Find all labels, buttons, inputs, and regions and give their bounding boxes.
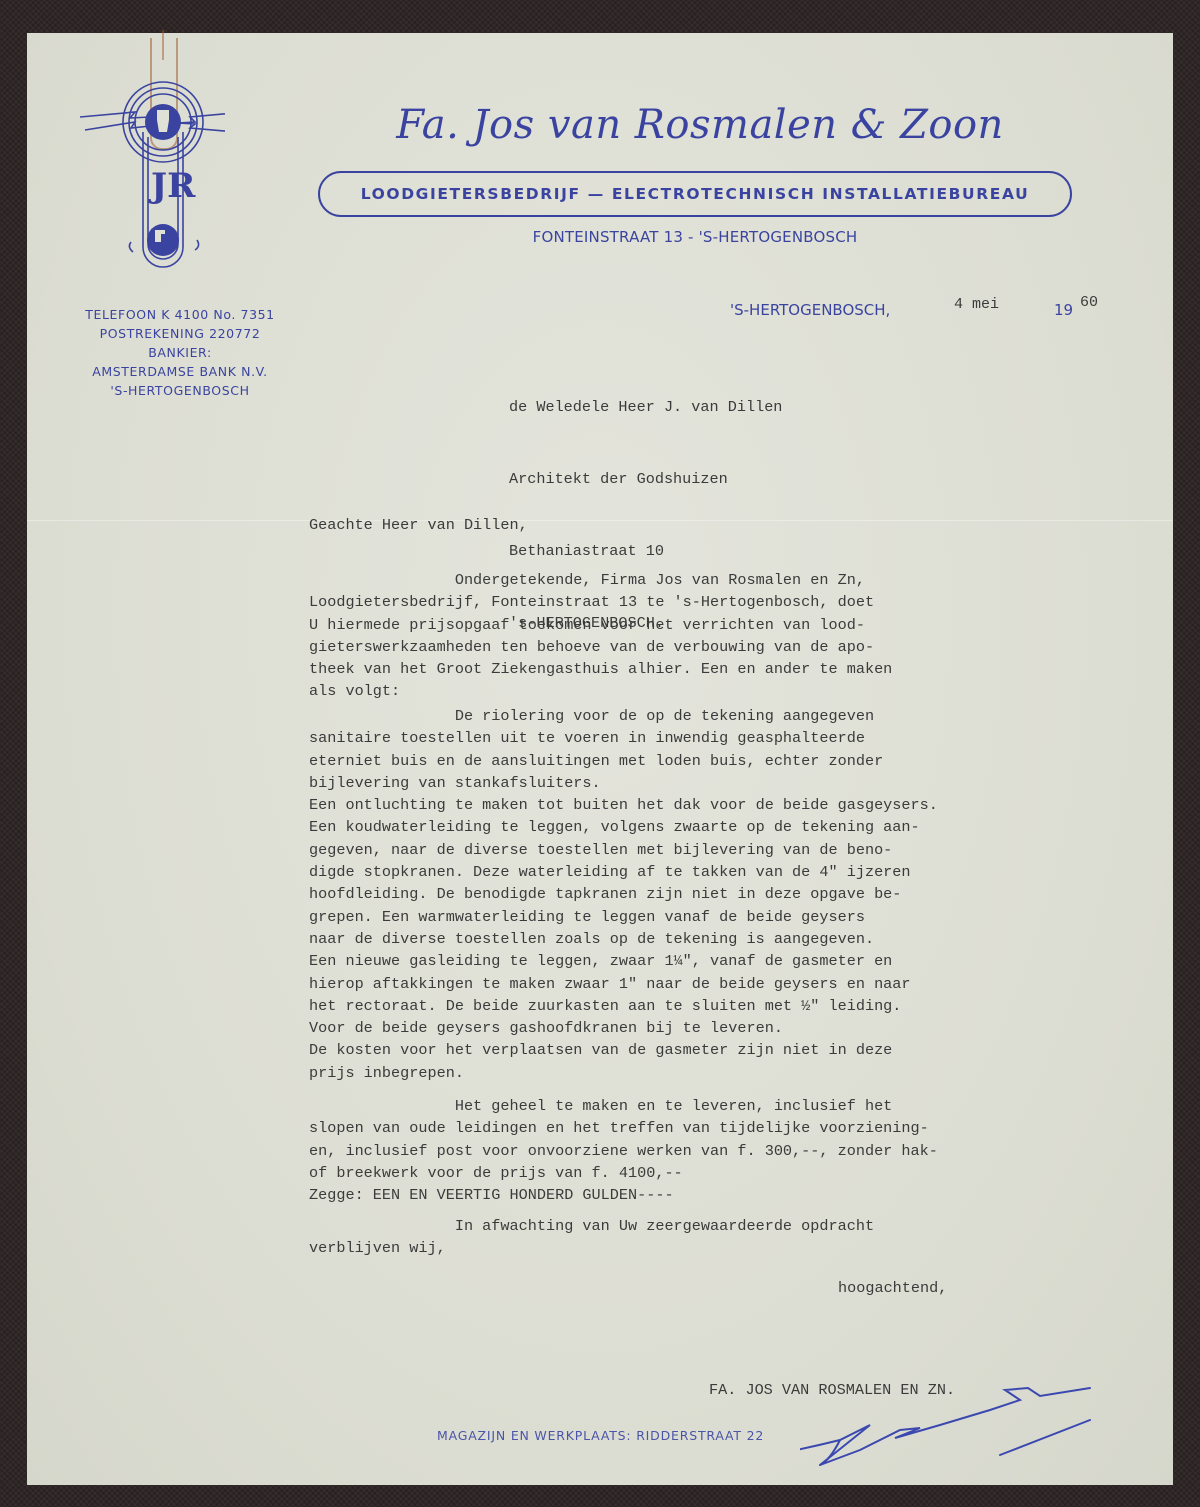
dateline-year-prefix: 19 bbox=[1054, 301, 1073, 319]
recipient-line: Architekt der Godshuizen bbox=[509, 467, 782, 491]
bankier-label: BANKIER: bbox=[70, 343, 290, 362]
paragraph-closing: In afwachting van Uw zeergewaardeerde op… bbox=[309, 1215, 874, 1260]
contact-block: TELEFOON K 4100 No. 7351 POSTREKENING 22… bbox=[70, 305, 290, 400]
dateline-city: 'S-HERTOGENBOSCH, bbox=[730, 301, 890, 319]
paragraph-specification: De riolering voor de op de tekening aang… bbox=[309, 705, 938, 1084]
footer-address: MAGAZIJN EN WERKPLAATS: RIDDERSTRAAT 22 bbox=[437, 1428, 764, 1443]
company-logo-icon: JR bbox=[75, 72, 225, 272]
tagline-banner: LOODGIETERSBEDRIJF — ELECTROTECHNISCH IN… bbox=[318, 171, 1072, 217]
salutation: Geachte Heer van Dillen, bbox=[309, 514, 528, 536]
paragraph-intro: Ondergetekende, Firma Jos van Rosmalen e… bbox=[309, 569, 892, 703]
tagline-text: LOODGIETERSBEDRIJF — ELECTROTECHNISCH IN… bbox=[361, 185, 1030, 203]
company-address: FONTEINSTRAAT 13 - 'S-HERTOGENBOSCH bbox=[318, 228, 1072, 246]
telephone: TELEFOON K 4100 No. 7351 bbox=[70, 305, 290, 324]
company-name: Fa. Jos van Rosmalen & Zoon bbox=[360, 102, 1040, 148]
bank-city: 'S-HERTOGENBOSCH bbox=[70, 381, 290, 400]
closing-greeting: hoogachtend, bbox=[838, 1279, 947, 1297]
svg-text:JR: JR bbox=[148, 166, 196, 206]
dateline-year-suffix: 60 bbox=[1080, 294, 1098, 311]
postrekening: POSTREKENING 220772 bbox=[70, 324, 290, 343]
bank-name: AMSTERDAMSE BANK N.V. bbox=[70, 362, 290, 381]
paragraph-price: Het geheel te maken en te leveren, inclu… bbox=[309, 1095, 938, 1206]
recipient-line: Bethaniastraat 10 bbox=[509, 539, 782, 563]
dateline-date: 4 mei bbox=[954, 296, 999, 313]
handwritten-signature-icon bbox=[800, 1370, 1100, 1490]
recipient-line: de Weledele Heer J. van Dillen bbox=[509, 395, 782, 419]
